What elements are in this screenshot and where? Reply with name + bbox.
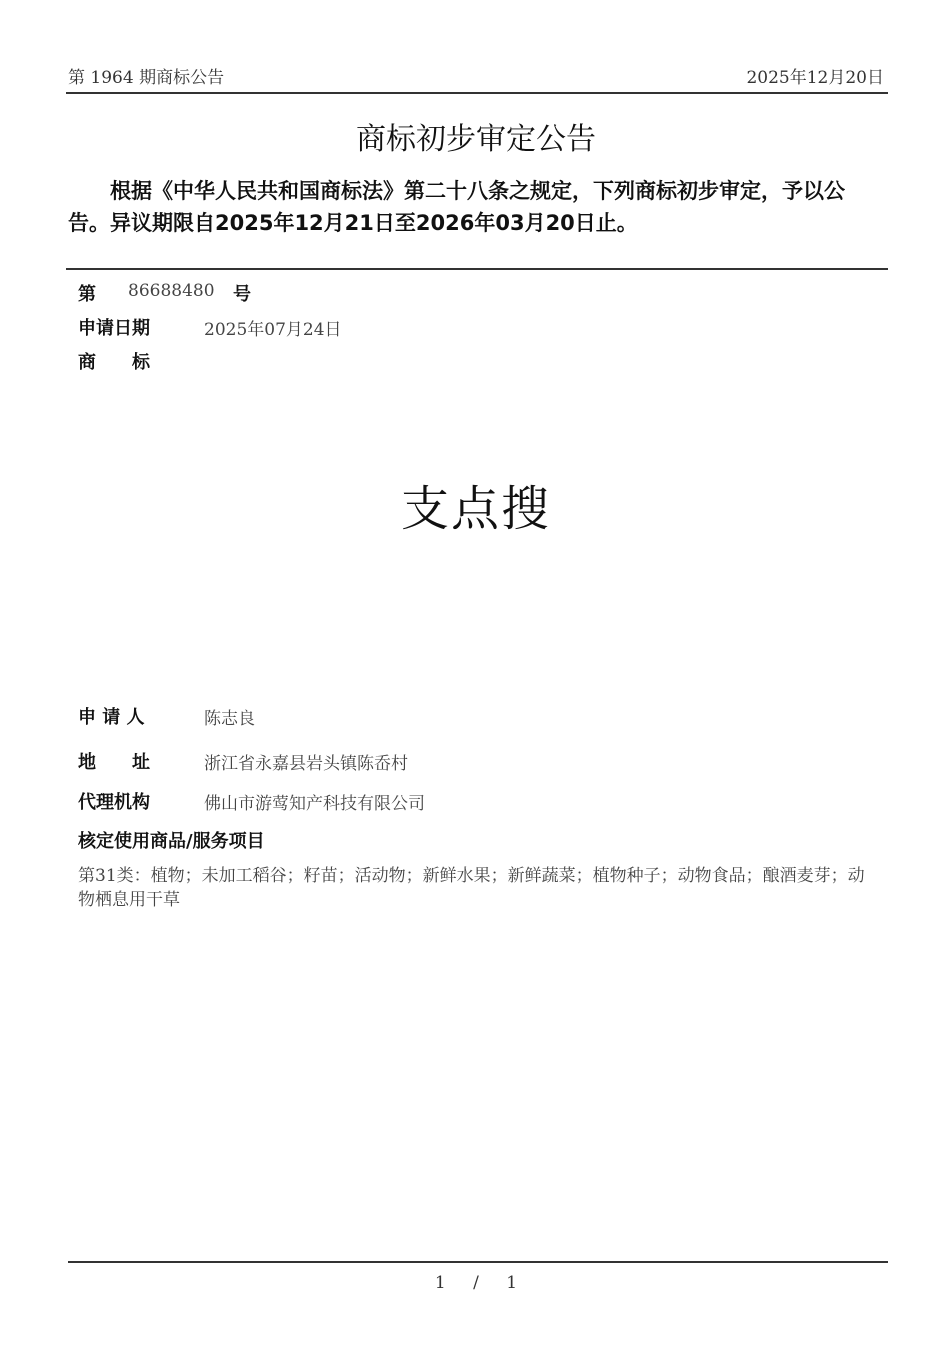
agency-label: 代理机构 [78, 788, 150, 814]
goods-services-list: 第31类：植物；未加工稻谷；籽苗；活动物；新鲜水果；新鲜蔬菜；植物种子；动物食品… [78, 864, 878, 912]
page-indicator: 1 / 1 [0, 1273, 952, 1293]
applicant-name: 陈志良 [204, 704, 255, 729]
intro-paragraph: 根据《中华人民共和国商标法》第二十八条之规定，下列商标初步审定，予以公告。异议期… [68, 175, 880, 239]
header-divider [66, 92, 888, 94]
number-prefix-label: 第 [78, 280, 96, 306]
issue-number: 第 1964 期商标公告 [68, 63, 224, 88]
publication-date: 2025年12月20日 [746, 63, 884, 88]
page-title: 商标初步审定公告 [0, 114, 952, 158]
agency-name: 佛山市游莺知产科技有限公司 [204, 789, 425, 814]
applicant-address: 浙江省永嘉县岩头镇陈岙村 [204, 749, 408, 774]
section-divider [66, 268, 888, 270]
trademark-label: 商 标 [78, 348, 150, 374]
registration-number: 86688480 [128, 281, 215, 301]
address-label: 地 址 [78, 748, 150, 774]
goods-services-label: 核定使用商品/服务项目 [78, 827, 265, 853]
application-date-label: 申请日期 [78, 314, 150, 340]
trademark-mark: 支点搜 [0, 470, 952, 539]
number-suffix-label: 号 [233, 280, 251, 306]
application-date: 2025年07月24日 [204, 315, 342, 340]
applicant-label: 申 请 人 [78, 703, 145, 729]
footer-divider [68, 1261, 888, 1263]
